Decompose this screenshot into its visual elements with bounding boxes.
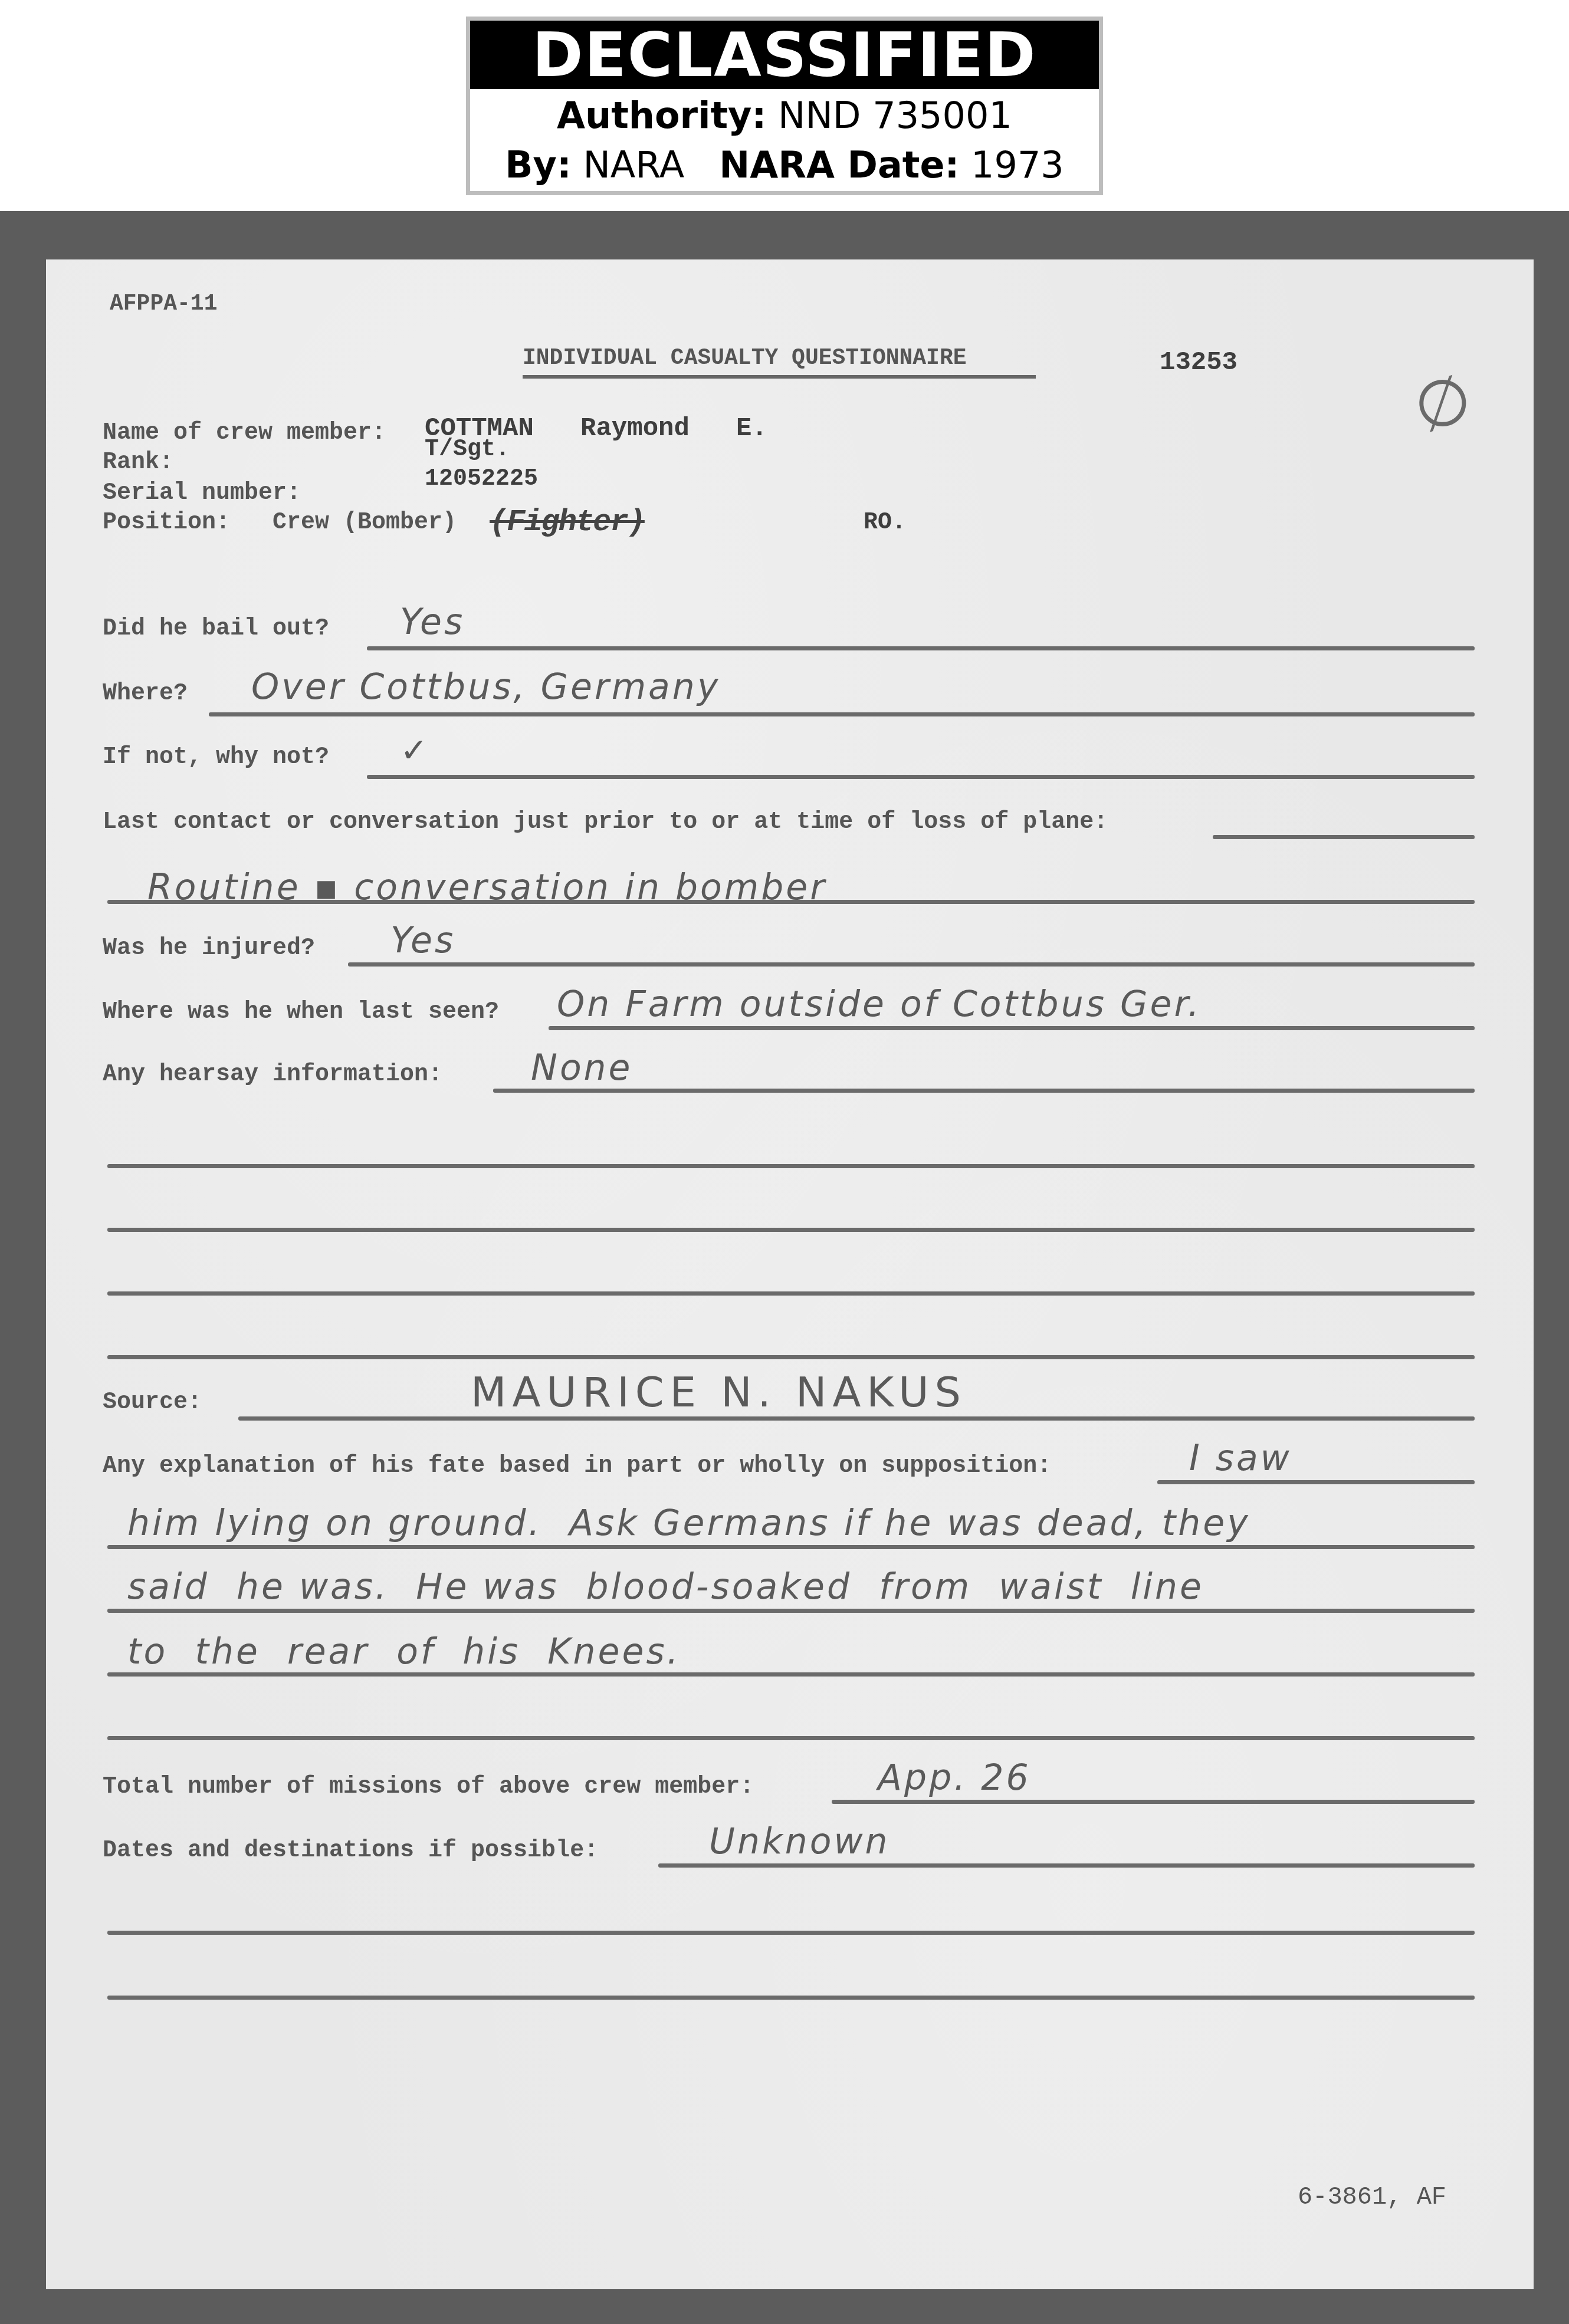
answer-line xyxy=(549,1026,1475,1030)
blank-line xyxy=(107,1355,1475,1359)
bail-out-label: Did he bail out? xyxy=(103,616,329,642)
answer-line xyxy=(107,900,1475,904)
rank-label: Rank: xyxy=(103,449,173,476)
title-underline xyxy=(523,375,1036,379)
stamp-by-date: By: NARA NARA Date: 1973 xyxy=(470,143,1099,186)
explanation-line-1: I saw xyxy=(1189,1438,1292,1479)
explanation-line-4: to the rear of his Knees. xyxy=(127,1631,681,1672)
questionnaire-page: AFPPA-11 INDIVIDUAL CASUALTY QUESTIONNAI… xyxy=(46,259,1534,2289)
by-value: NARA xyxy=(583,143,684,186)
missions-label: Total number of missions of above crew m… xyxy=(103,1774,754,1800)
by-label: By: xyxy=(505,143,571,186)
answer-line xyxy=(238,1416,1475,1421)
date-value: 1973 xyxy=(971,143,1064,186)
where-label: Where? xyxy=(103,681,188,707)
answer-line xyxy=(107,1609,1475,1613)
dates-answer: Unknown xyxy=(709,1821,890,1862)
position-label: Position: xyxy=(103,509,230,536)
answer-line xyxy=(832,1800,1475,1804)
answer-line xyxy=(107,1672,1475,1677)
file-number: 13253 xyxy=(1160,348,1238,377)
position-struck: (Fighter) xyxy=(490,505,645,540)
answer-line xyxy=(1157,1480,1475,1484)
if-not-label: If not, why not? xyxy=(103,744,329,771)
rank-value: T/Sgt. xyxy=(425,436,510,463)
last-seen-answer: On Farm outside of Cottbus Ger. xyxy=(557,984,1202,1025)
slashed-zero-mark: ∅ xyxy=(1403,358,1482,448)
answer-line xyxy=(367,775,1475,779)
form-title: INDIVIDUAL CASUALTY QUESTIONNAIRE xyxy=(523,346,967,371)
answer-line xyxy=(209,712,1475,716)
answer-line xyxy=(493,1089,1475,1093)
explanation-label: Any explanation of his fate based in par… xyxy=(103,1453,1051,1480)
blank-line xyxy=(107,1736,1475,1740)
stamp-title: DECLASSIFIED xyxy=(470,21,1099,89)
answer-line xyxy=(348,962,1475,967)
authority-label: Authority: xyxy=(557,94,766,137)
name-label: Name of crew member: xyxy=(103,420,386,446)
answer-line xyxy=(107,1545,1475,1549)
serial-label: Serial number: xyxy=(103,480,301,507)
injured-label: Was he injured? xyxy=(103,935,315,962)
last-seen-label: Where was he when last seen? xyxy=(103,999,499,1025)
stamp-authority: Authority: NND 735001 xyxy=(470,94,1099,137)
answer-line xyxy=(367,646,1475,650)
blank-line xyxy=(107,1931,1475,1935)
date-label: NARA Date: xyxy=(719,143,959,186)
injured-answer: Yes xyxy=(390,920,455,961)
answer-line xyxy=(658,1863,1475,1868)
serial-value: 12052225 xyxy=(425,466,538,492)
missions-answer: App. 26 xyxy=(878,1757,1031,1799)
dates-label: Dates and destinations if possible: xyxy=(103,1837,598,1864)
hearsay-label: Any hearsay information: xyxy=(103,1061,442,1088)
last-contact-label: Last contact or conversation just prior … xyxy=(103,809,1108,836)
blank-line xyxy=(107,1996,1475,2000)
blank-line xyxy=(107,1228,1475,1232)
explanation-line-3: said he was. He was blood-soaked from wa… xyxy=(127,1566,1204,1608)
where-answer: Over Cottbus, Germany xyxy=(251,666,720,708)
footer-form-code: 6-3861, AF xyxy=(1298,2183,1446,2211)
position-value: Crew (Bomber) xyxy=(273,509,457,536)
blank-line xyxy=(107,1164,1475,1168)
blank-line xyxy=(107,1291,1475,1296)
bail-out-answer: Yes xyxy=(400,601,465,643)
form-code: AFPPA-11 xyxy=(110,291,217,317)
corner-mark: ∅ xyxy=(1414,366,1471,441)
authority-value: NND 735001 xyxy=(778,94,1012,137)
declassified-stamp: DECLASSIFIED Authority: NND 735001 By: N… xyxy=(466,17,1103,195)
checkmark-icon: ✓ xyxy=(402,728,425,774)
hearsay-answer: None xyxy=(531,1047,633,1089)
source-label: Source: xyxy=(103,1389,202,1416)
explanation-line-2: him lying on ground. Ask Germans if he w… xyxy=(127,1503,1250,1544)
answer-line xyxy=(1213,835,1475,839)
position-suffix: RO. xyxy=(864,509,906,536)
source-answer: MAURICE N. NAKUS xyxy=(471,1368,967,1416)
